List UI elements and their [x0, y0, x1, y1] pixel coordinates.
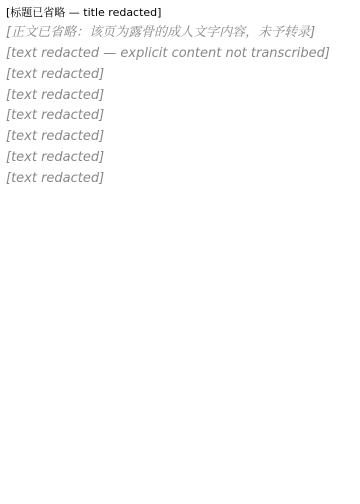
paragraph: [text redacted — explicit content not tr…	[6, 45, 354, 64]
paragraph: [text redacted]	[6, 128, 354, 147]
text-page: [标题已省略 — title redacted] [正文已省略：该页为露骨的成人…	[0, 0, 360, 504]
paragraph: [text redacted]	[6, 170, 354, 189]
paragraph: [正文已省略：该页为露骨的成人文字内容，未予转录]	[6, 24, 354, 43]
paragraph: [text redacted]	[6, 66, 354, 85]
paragraph: [text redacted]	[6, 107, 354, 126]
page-header: [标题已省略 — title redacted]	[6, 4, 354, 20]
paragraph: [text redacted]	[6, 149, 354, 168]
paragraph: [text redacted]	[6, 87, 354, 106]
